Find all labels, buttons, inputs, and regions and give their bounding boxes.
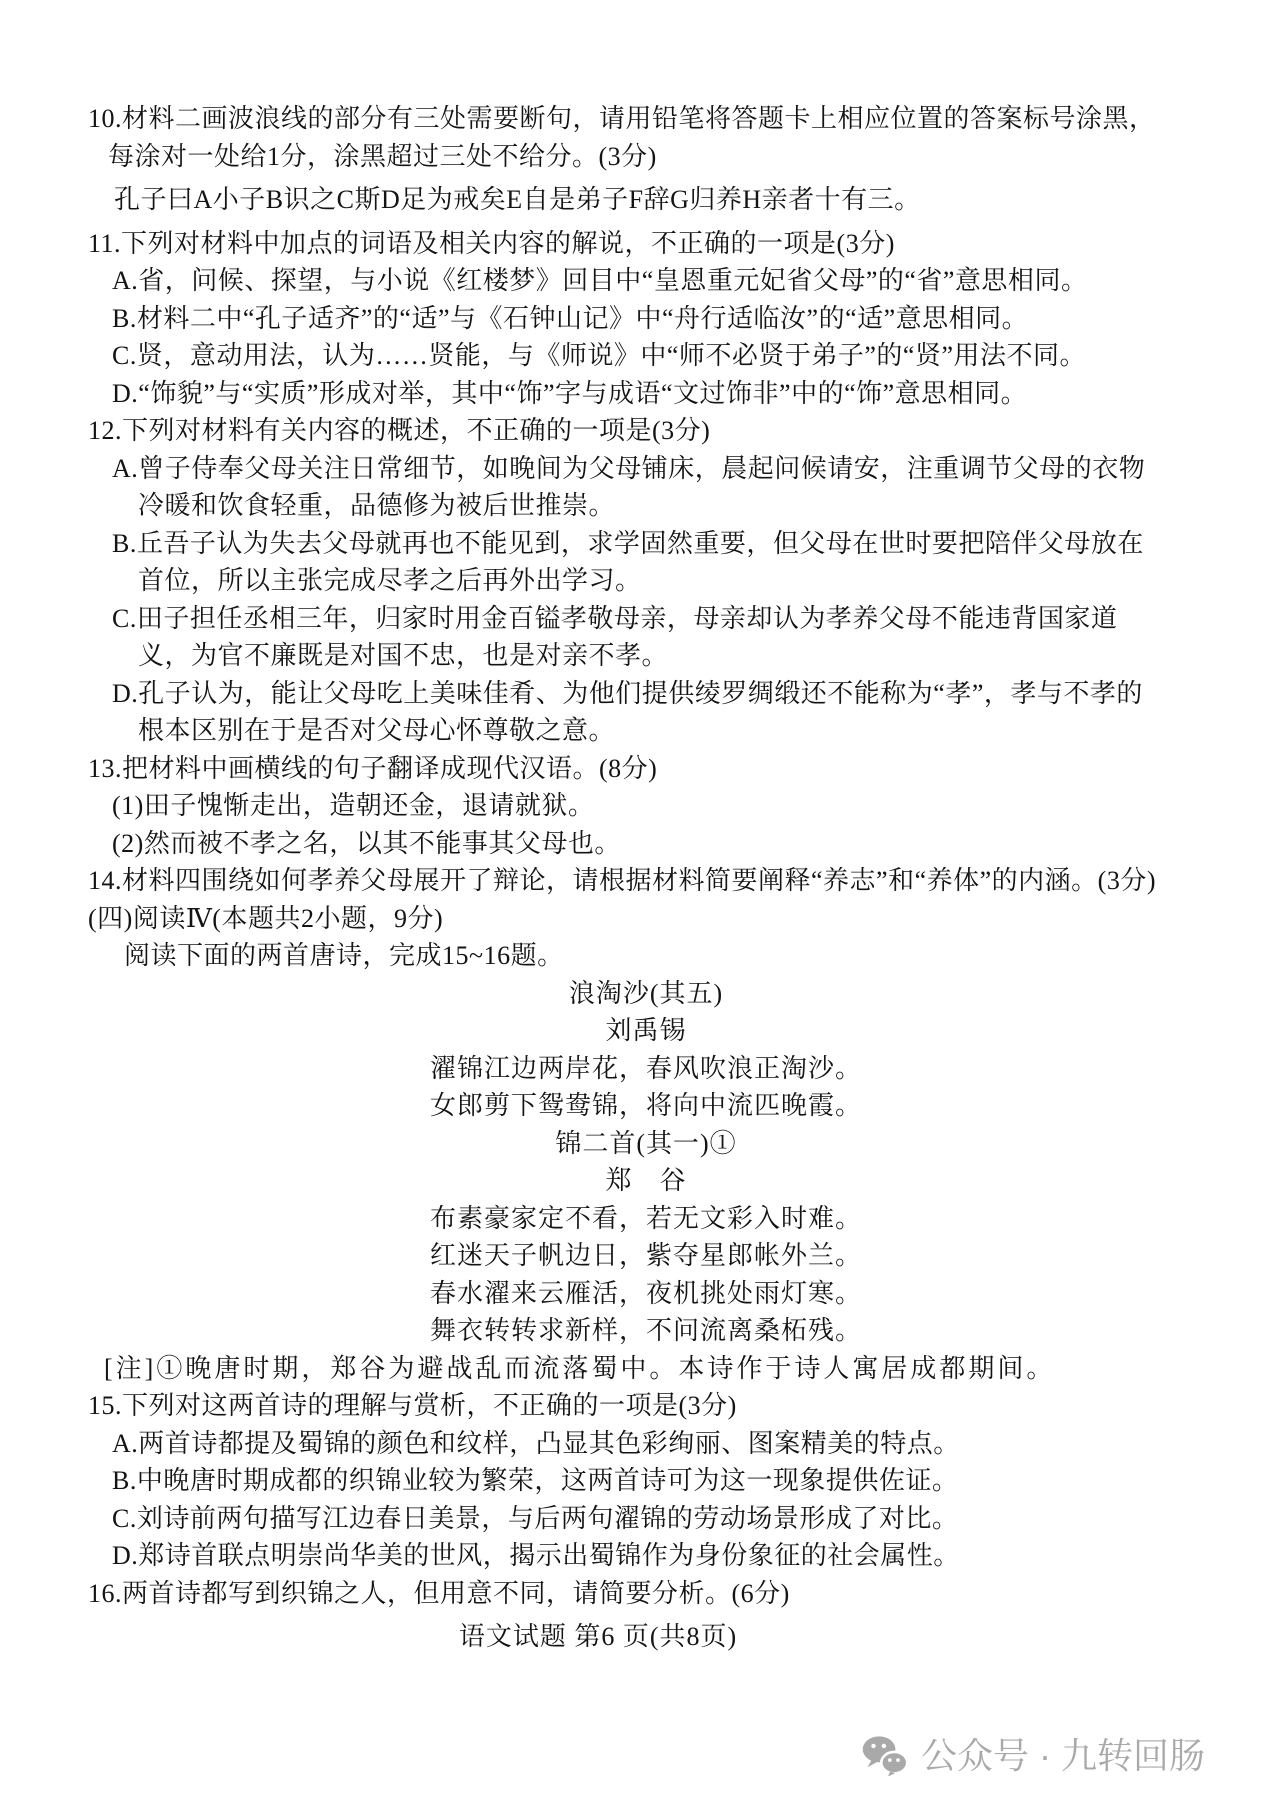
poem-1-title: 浪淘沙(其五) [88,975,1204,1013]
poem-note: [注]①晚唐时期，郑谷为避战乱而流落蜀中。本诗作于诗人寓居成都期间。 [88,1350,1204,1388]
option-11-d: D.“饰貌”与“实质”形成对举，其中“饰”字与成语“文过饰非”中的“饰”意思相同… [88,375,1204,413]
reading-instruction: 阅读下面的两首唐诗，完成15~16题。 [88,937,1204,975]
question-15: 15.下列对这两首诗的理解与赏析，不正确的一项是(3分) [88,1387,1204,1425]
punctuation-passage: 孔子曰A小子B识之C斯D足为戒矣E自是弟子F辞G归养H亲者十有三。 [88,181,1204,219]
option-15-a: A.两首诗都提及蜀锦的颜色和纹样，凸显其色彩绚丽、图案精美的特点。 [88,1425,1204,1463]
option-12-a-line-1: A.曾子侍奉父母关注日常细节，如晚间为父母铺床，晨起问候请安，注重调节父母的衣物 [88,450,1204,488]
question-11: 11.下列对材料中加点的词语及相关内容的解说，不正确的一项是(3分) [88,225,1204,263]
poem-1-line-2: 女郎剪下鸳鸯锦，将向中流匹晚霞。 [88,1087,1204,1125]
option-12-b-line-1: B.丘吾子认为失去父母就再也不能见到，求学固然重要，但父母在世时要把陪伴父母放在 [88,525,1204,563]
option-15-d: D.郑诗首联点明崇尚华美的世风，揭示出蜀锦作为身份象征的社会属性。 [88,1537,1204,1575]
question-10-line-2: 每涂对一处给1分，涂黑超过三处不给分。(3分) [88,138,1204,176]
option-15-c: C.刘诗前两句描写江边春日美景，与后两句濯锦的劳动场景形成了对比。 [88,1500,1204,1538]
poem-1-line-1: 濯锦江边两岸花，春风吹浪正淘沙。 [88,1050,1204,1088]
option-12-c-line-1: C.田子担任丞相三年，归家时用金百镒孝敬母亲，母亲却认为孝养父母不能违背国家道 [88,600,1204,638]
section-4-header: (四)阅读Ⅳ(本题共2小题，9分) [88,900,1204,938]
option-11-c: C.贤，意动用法，认为……贤能，与《师说》中“师不必贤于弟子”的“贤”用法不同。 [88,337,1204,375]
question-16: 16.两首诗都写到织锦之人，但用意不同，请简要分析。(6分) [88,1575,1204,1613]
question-14: 14.材料四围绕如何孝养父母展开了辩论，请根据材料简要阐释“养志”和“养体”的内… [88,862,1204,900]
question-13-sub-1: (1)田子愧惭走出，造朝还金，退请就狱。 [88,787,1204,825]
option-12-d-line-2: 根本区别在于是否对父母心怀尊敬之意。 [88,712,1204,750]
poem-2-line-1: 布素豪家定不看，若无文彩入时难。 [88,1200,1204,1238]
exam-page-body: 10.材料二画波浪线的部分有三处需要断句，请用铅笔将答题卡上相应位置的答案标号涂… [88,100,1204,1612]
question-12: 12.下列对材料有关内容的概述，不正确的一项是(3分) [88,412,1204,450]
page-footer: 语文试题 第6 页(共8页) [88,1622,1108,1652]
poem-2-line-4: 舞衣转转求新样，不问流离桑柘残。 [88,1312,1204,1350]
option-11-a: A.省，问候、探望，与小说《红楼梦》回目中“皇恩重元妃省父母”的“省”意思相同。 [88,262,1204,300]
poem-2-author: 郑 谷 [88,1162,1204,1200]
watermark: 公众号 · 九转回肠 [862,1733,1205,1779]
poem-2-title: 锦二首(其一)① [88,1125,1204,1163]
question-13-sub-2: (2)然而被不孝之名，以其不能事其父母也。 [88,825,1204,863]
option-12-c-line-2: 义，为官不廉既是对国不忠，也是对亲不孝。 [88,637,1204,675]
option-12-b-line-2: 首位，所以主张完成尽孝之后再外出学习。 [88,562,1204,600]
poem-2-line-3: 春水濯来云雁活，夜机挑处雨灯寒。 [88,1275,1204,1313]
option-12-d-line-1: D.孔子认为，能让父母吃上美味佳肴、为他们提供绫罗绸缎还不能称为“孝”，孝与不孝… [88,675,1204,713]
option-11-b: B.材料二中“孔子适齐”的“适”与《石钟山记》中“舟行适临汝”的“适”意思相同。 [88,300,1204,338]
option-12-a-line-2: 冷暖和饮食轻重，品德修为被后世推崇。 [88,487,1204,525]
poem-2-line-2: 红迷天子帆边日，紫夺星郎帐外兰。 [88,1237,1204,1275]
question-10-line-1: 10.材料二画波浪线的部分有三处需要断句，请用铅笔将答题卡上相应位置的答案标号涂… [88,100,1204,138]
poem-1-author: 刘禹锡 [88,1012,1204,1050]
wechat-icon [862,1735,908,1777]
option-15-b: B.中晚唐时期成都的织锦业较为繁荣，这两首诗可为这一现象提供佐证。 [88,1462,1204,1500]
question-13: 13.把材料中画横线的句子翻译成现代汉语。(8分) [88,750,1204,788]
watermark-label: 公众号 · 九转回肠 [921,1733,1205,1779]
